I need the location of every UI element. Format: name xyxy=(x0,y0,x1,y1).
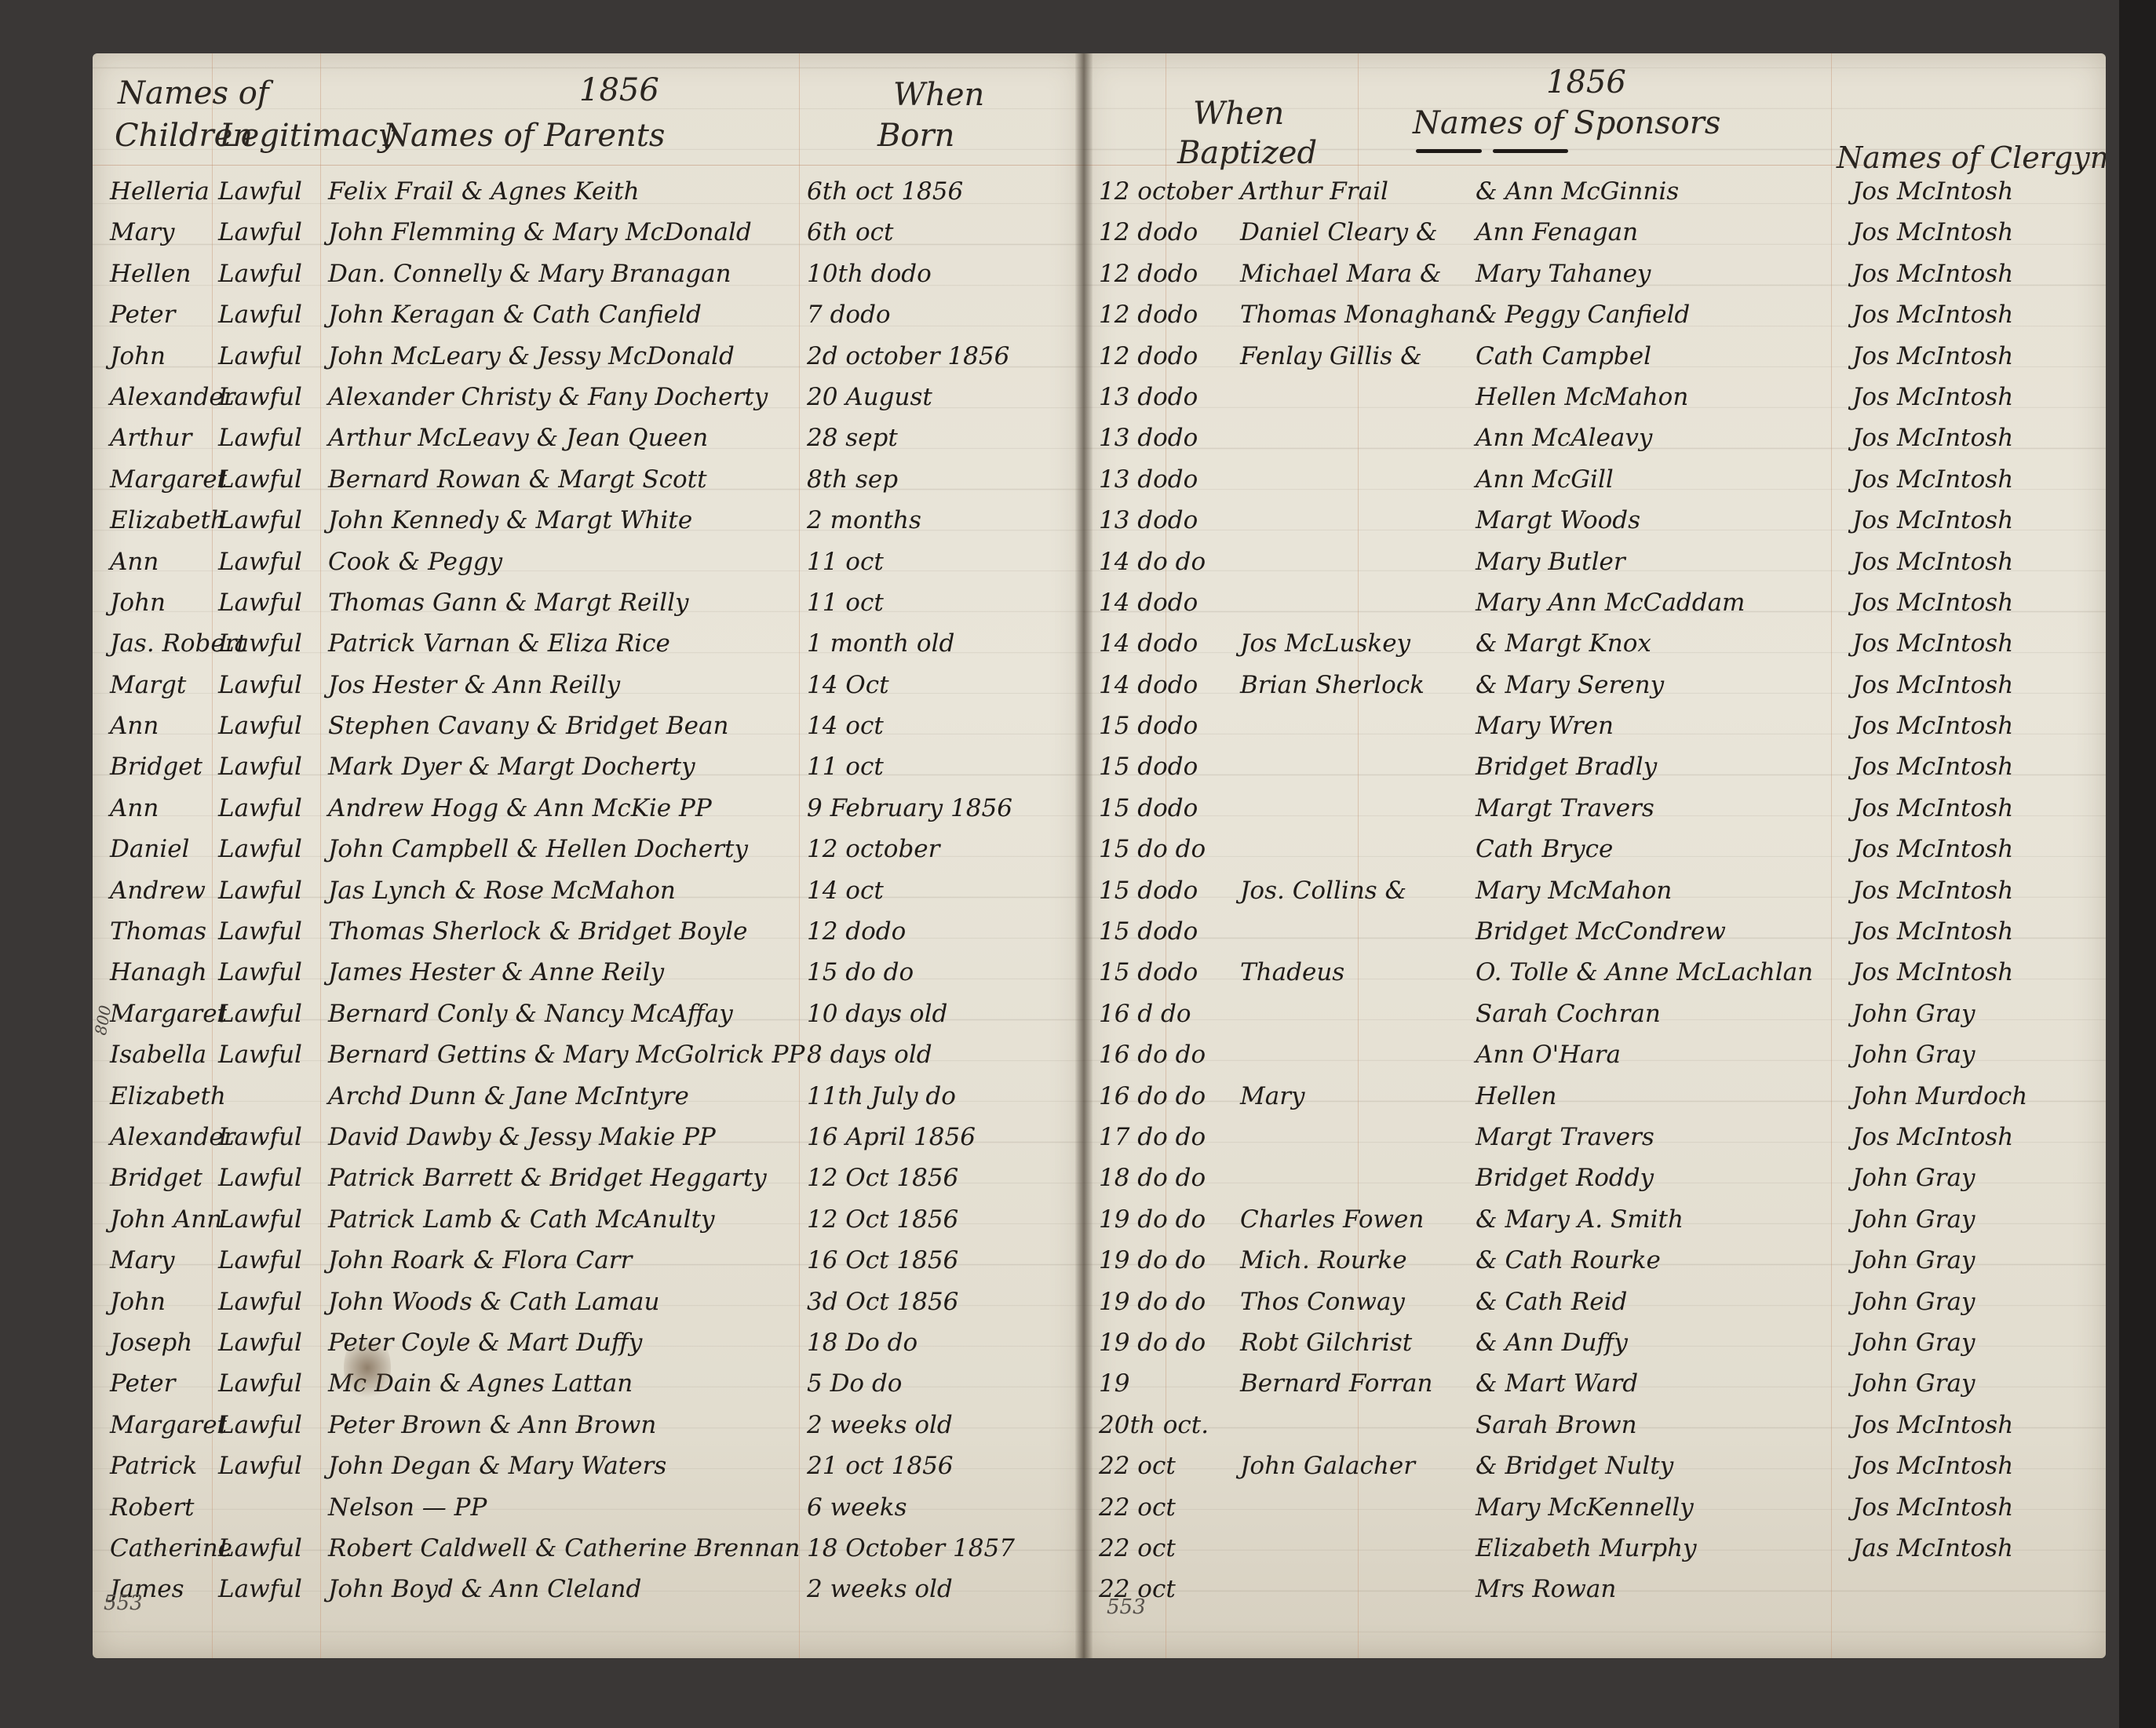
parents-names: Cook & Peggy xyxy=(328,546,502,578)
register-entry-right: 19 do doMich. Rourke& Cath RourkeJohn Gr… xyxy=(1083,1240,2106,1281)
clergyman-name: John Murdoch xyxy=(1852,1081,2027,1112)
legitimacy: Lawful xyxy=(218,422,302,454)
baptism-date: 16 d do xyxy=(1099,998,1191,1030)
sponsor-male: John Galacher xyxy=(1240,1450,1415,1482)
header-born-line1: When xyxy=(893,77,984,113)
clergyman-name: Jos McIntosh xyxy=(1852,217,2013,248)
left-page: Names of Children Legitimacy Names of Pa… xyxy=(93,53,1083,1658)
parents-names: Stephen Cavany & Bridget Bean xyxy=(328,710,728,742)
legitimacy: Lawful xyxy=(218,258,302,290)
register-entry-right: 15 dodoMargt TraversJos McIntosh xyxy=(1083,788,2106,829)
birth-date: 6th oct xyxy=(807,217,893,248)
parents-names: Patrick Lamb & Cath McAnulty xyxy=(328,1204,715,1235)
baptism-date: 13 dodo xyxy=(1099,505,1198,536)
sponsor-female: Mary McMahon xyxy=(1476,875,1672,906)
parents-names: Felix Frail & Agnes Keith xyxy=(328,176,640,207)
child-name: Elizabeth xyxy=(110,1081,226,1112)
child-name: John xyxy=(110,1286,166,1318)
clergyman-name: Jos McIntosh xyxy=(1852,1450,2013,1482)
child-name: Andrew xyxy=(110,875,206,906)
sponsor-male: Robt Gilchrist xyxy=(1240,1327,1412,1358)
sponsor-male: Thadeus xyxy=(1240,957,1344,988)
birth-date: 20 August xyxy=(807,381,932,413)
register-entry-right: 12 dodoMichael Mara &Mary TahaneyJos McI… xyxy=(1083,253,2106,294)
sponsor-female: Bridget McCondrew xyxy=(1476,916,1726,947)
parents-names: Patrick Barrett & Bridget Heggarty xyxy=(328,1162,767,1194)
register-entry-right: 15 dodoBridget McCondrewJos McIntosh xyxy=(1083,911,2106,952)
child-name: Ann xyxy=(110,793,159,824)
register-entry-left: PeterLawfulJohn Keragan & Cath Canfield7… xyxy=(93,294,1083,335)
birth-date: 11 oct xyxy=(807,546,884,578)
register-entry-right: 13 dodoHellen McMahonJos McIntosh xyxy=(1083,377,2106,417)
sponsor-male: Charles Fowen xyxy=(1240,1204,1424,1235)
parents-names: John Campbell & Hellen Docherty xyxy=(328,833,748,865)
sponsor-female: & Cath Rourke xyxy=(1476,1245,1661,1276)
legitimacy: Lawful xyxy=(218,793,302,824)
sponsor-male: Thomas Monaghan xyxy=(1240,299,1476,330)
child-name: Robert xyxy=(110,1492,194,1523)
legitimacy: Lawful xyxy=(218,669,302,701)
baptism-date: 15 do do xyxy=(1099,833,1206,865)
parents-names: John Degan & Mary Waters xyxy=(328,1450,666,1482)
register-book: Names of Children Legitimacy Names of Pa… xyxy=(93,53,2106,1658)
child-name: Alexander xyxy=(110,381,235,413)
register-entry-left: JohnLawfulThomas Gann & Margt Reilly11 o… xyxy=(93,582,1083,623)
register-entry-left: MaryLawfulJohn Roark & Flora Carr16 Oct … xyxy=(93,1240,1083,1281)
register-entry-left: HelleriaLawfulFelix Frail & Agnes Keith6… xyxy=(93,171,1083,212)
parents-names: David Dawby & Jessy Makie PP xyxy=(328,1121,716,1153)
register-entry-left: JosephLawfulPeter Coyle & Mart Duffy18 D… xyxy=(93,1322,1083,1363)
register-entry-left: MargtLawfulJos Hester & Ann Reilly14 Oct xyxy=(93,665,1083,705)
register-entry-left: IsabellaLawfulBernard Gettins & Mary McG… xyxy=(93,1034,1083,1075)
clergyman-name: Jos McIntosh xyxy=(1852,1409,2013,1441)
register-entry-right: 20th oct.Sarah BrownJos McIntosh xyxy=(1083,1405,2106,1445)
parents-names: James Hester & Anne Reily xyxy=(328,957,664,988)
birth-date: 18 Do do xyxy=(807,1327,917,1358)
legitimacy: Lawful xyxy=(218,833,302,865)
sponsor-female: Hellen xyxy=(1476,1081,1557,1112)
birth-date: 3d Oct 1856 xyxy=(807,1286,958,1318)
baptism-date: 15 dodo xyxy=(1099,957,1198,988)
legitimacy: Lawful xyxy=(218,1533,302,1564)
parents-names: Arthur McLeavy & Jean Queen xyxy=(328,422,708,454)
register-entry-right: 15 dodoBridget BradlyJos McIntosh xyxy=(1083,746,2106,787)
child-name: Hanagh xyxy=(110,957,207,988)
parents-names: John Keragan & Cath Canfield xyxy=(328,299,702,330)
legitimacy: Lawful xyxy=(218,1368,302,1399)
sponsor-female: Ann Fenagan xyxy=(1476,217,1638,248)
birth-date: 2 weeks old xyxy=(807,1409,953,1441)
register-entry-right: 12 dodoFenlay Gillis &Cath CampbelJos Mc… xyxy=(1083,336,2106,377)
child-name: Bridget xyxy=(110,1162,202,1194)
legitimacy: Lawful xyxy=(218,217,302,248)
clergyman-name: Jos McIntosh xyxy=(1852,793,2013,824)
legitimacy: Lawful xyxy=(218,505,302,536)
parents-names: John Boyd & Ann Cleland xyxy=(328,1573,641,1605)
baptism-date: 15 dodo xyxy=(1099,710,1198,742)
baptism-date: 12 october xyxy=(1099,176,1231,207)
ink-stain xyxy=(344,1332,391,1403)
baptism-date: 14 dodo xyxy=(1099,587,1198,618)
child-name: Thomas xyxy=(110,916,206,947)
register-entry-right: 12 dodoThomas Monaghan& Peggy CanfieldJo… xyxy=(1083,294,2106,335)
sponsor-female: Cath Bryce xyxy=(1476,833,1613,865)
register-entry-right: 15 dodoJos. Collins &Mary McMahonJos McI… xyxy=(1083,870,2106,911)
sponsor-female: & Mary Sereny xyxy=(1476,669,1664,701)
register-entry-left: AlexanderLawfulAlexander Christy & Fany … xyxy=(93,377,1083,417)
baptism-date: 13 dodo xyxy=(1099,381,1198,413)
sponsor-female: Mary McKennelly xyxy=(1476,1492,1694,1523)
parents-names: Patrick Varnan & Eliza Rice xyxy=(328,628,670,659)
register-entry-right: 13 dodoMargt WoodsJos McIntosh xyxy=(1083,500,2106,541)
register-entry-right: 18 do doBridget RoddyJohn Gray xyxy=(1083,1157,2106,1198)
legitimacy: Lawful xyxy=(218,1121,302,1153)
baptism-date: 14 dodo xyxy=(1099,628,1198,659)
register-entry-right: 15 dodoThadeusO. Tolle & Anne McLachlanJ… xyxy=(1083,952,2106,993)
register-entry-right: 19 do doRobt Gilchrist& Ann DuffyJohn Gr… xyxy=(1083,1322,2106,1363)
register-entry-left: CatherineLawfulRobert Caldwell & Catheri… xyxy=(93,1528,1083,1569)
header-baptized-line2: Baptized xyxy=(1177,135,1317,171)
clergyman-name: Jos McIntosh xyxy=(1852,381,2013,413)
child-name: Ann xyxy=(110,710,159,742)
child-name: Alexander xyxy=(110,1121,235,1153)
sponsor-female: Mary Wren xyxy=(1476,710,1614,742)
clergyman-name: Jos McIntosh xyxy=(1852,258,2013,290)
register-entry-left: ThomasLawfulThomas Sherlock & Bridget Bo… xyxy=(93,911,1083,952)
sponsor-female: Sarah Cochran xyxy=(1476,998,1661,1030)
legitimacy: Lawful xyxy=(218,710,302,742)
baptism-date: 19 do do xyxy=(1099,1245,1206,1276)
legitimacy: Lawful xyxy=(218,1286,302,1318)
register-entry-left: AndrewLawfulJas Lynch & Rose McMahon14 o… xyxy=(93,870,1083,911)
clergyman-name: Jas McIntosh xyxy=(1852,1533,2013,1564)
legitimacy: Lawful xyxy=(218,916,302,947)
sponsor-female: Ann O'Hara xyxy=(1476,1039,1621,1070)
header-born-line2: Born xyxy=(877,118,954,154)
child-name: Elizabeth xyxy=(110,505,226,536)
legitimacy: Lawful xyxy=(218,998,302,1030)
register-entry-right: 15 do doCath BryceJos McIntosh xyxy=(1083,829,2106,869)
child-name: Peter xyxy=(110,299,175,330)
legitimacy: Lawful xyxy=(218,1327,302,1358)
sponsor-female: & Mart Ward xyxy=(1476,1368,1638,1399)
legitimacy: Lawful xyxy=(218,1162,302,1194)
register-entry-left: JamesLawfulJohn Boyd & Ann Cleland2 week… xyxy=(93,1569,1083,1610)
sponsor-female: & Bridget Nulty xyxy=(1476,1450,1673,1482)
child-name: Hellen xyxy=(110,258,192,290)
child-name: Catherine xyxy=(110,1533,232,1564)
register-entry-right: 19 do doThos Conway& Cath ReidJohn Gray xyxy=(1083,1281,2106,1322)
left-entries: HelleriaLawfulFelix Frail & Agnes Keith6… xyxy=(93,171,1083,1610)
parents-names: Thomas Gann & Margt Reilly xyxy=(328,587,689,618)
birth-date: 28 sept xyxy=(807,422,898,454)
birth-date: 2 weeks old xyxy=(807,1573,953,1605)
child-name: Margaret xyxy=(110,1409,227,1441)
sponsor-female: Bridget Bradly xyxy=(1476,751,1657,782)
sponsor-male: Michael Mara & xyxy=(1240,258,1442,290)
clergyman-name: Jos McIntosh xyxy=(1852,751,2013,782)
header-child-name-line1: Names of xyxy=(118,75,269,111)
baptism-date: 12 dodo xyxy=(1099,341,1198,372)
birth-date: 15 do do xyxy=(807,957,914,988)
clergyman-name: Jos McIntosh xyxy=(1852,875,2013,906)
register-entry-left: MargaretLawfulBernard Rowan & Margt Scot… xyxy=(93,459,1083,500)
birth-date: 8 days old xyxy=(807,1039,932,1070)
child-name: Peter xyxy=(110,1368,175,1399)
child-name: Daniel xyxy=(110,833,189,865)
register-entry-right: 13 dodoAnn McAleavyJos McIntosh xyxy=(1083,417,2106,458)
header-legitimacy: Legitimacy xyxy=(220,118,396,154)
sponsor-male: Jos McLuskey xyxy=(1240,628,1410,659)
birth-date: 16 Oct 1856 xyxy=(807,1245,958,1276)
sponsor-female: Sarah Brown xyxy=(1476,1409,1637,1441)
header-baptized-line1: When xyxy=(1193,96,1284,132)
baptism-date: 16 do do xyxy=(1099,1081,1206,1112)
birth-date: 14 oct xyxy=(807,875,884,906)
birth-date: 12 dodo xyxy=(807,916,906,947)
register-entry-left: JohnLawfulJohn McLeary & Jessy McDonald2… xyxy=(93,336,1083,377)
birth-date: 21 oct 1856 xyxy=(807,1450,954,1482)
sponsor-male: Daniel Cleary & xyxy=(1240,217,1438,248)
sponsor-female: Elizabeth Murphy xyxy=(1476,1533,1697,1564)
parents-names: Thomas Sherlock & Bridget Boyle xyxy=(328,916,747,947)
child-name: Arthur xyxy=(110,422,192,454)
register-entry-left: HanaghLawfulJames Hester & Anne Reily15 … xyxy=(93,952,1083,993)
sponsor-male: Arthur Frail xyxy=(1240,176,1388,207)
sponsor-female: Mary Ann McCaddam xyxy=(1476,587,1745,618)
register-entry-right: 12 octoberArthur Frail& Ann McGinnisJos … xyxy=(1083,171,2106,212)
right-page: When Baptized 1856 Names of Sponsors Nam… xyxy=(1083,53,2106,1658)
register-entry-right: 13 dodoAnn McGillJos McIntosh xyxy=(1083,459,2106,500)
sponsor-male: Bernard Forran xyxy=(1240,1368,1432,1399)
register-entry-left: DanielLawfulJohn Campbell & Hellen Doche… xyxy=(93,829,1083,869)
register-entry-left: MargaretLawfulPeter Brown & Ann Brown2 w… xyxy=(93,1405,1083,1445)
parents-names: Andrew Hogg & Ann McKie PP xyxy=(328,793,712,824)
child-name: John xyxy=(110,587,166,618)
parents-names: Robert Caldwell & Catherine Brennan xyxy=(328,1533,801,1564)
clergyman-name: John Gray xyxy=(1852,1245,1975,1276)
birth-date: 6th oct 1856 xyxy=(807,176,963,207)
sponsor-female: O. Tolle & Anne McLachlan xyxy=(1476,957,1813,988)
register-entry-left: AnnLawfulStephen Cavany & Bridget Bean14… xyxy=(93,705,1083,746)
baptism-date: 16 do do xyxy=(1099,1039,1206,1070)
register-entry-right: 22 octJohn Galacher& Bridget NultyJos Mc… xyxy=(1083,1445,2106,1486)
register-entry-left: MaryLawfulJohn Flemming & Mary McDonald6… xyxy=(93,212,1083,253)
clergyman-name: Jos McIntosh xyxy=(1852,464,2013,495)
sponsor-female: Mrs Rowan xyxy=(1476,1573,1616,1605)
baptism-date: 15 dodo xyxy=(1099,875,1198,906)
year-heading-right: 1856 xyxy=(1546,64,1626,100)
clergyman-name: John Gray xyxy=(1852,998,1975,1030)
sponsor-female: & Mary A. Smith xyxy=(1476,1204,1684,1235)
birth-date: 14 Oct xyxy=(807,669,889,701)
baptism-date: 17 do do xyxy=(1099,1121,1206,1153)
clergyman-name: Jos McIntosh xyxy=(1852,628,2013,659)
clergyman-name: John Gray xyxy=(1852,1286,1975,1318)
baptism-date: 19 xyxy=(1099,1368,1129,1399)
parents-names: Alexander Christy & Fany Docherty xyxy=(328,381,768,413)
register-entry-right: 22 octMrs Rowan xyxy=(1083,1569,2106,1610)
legitimacy: Lawful xyxy=(218,751,302,782)
legitimacy: Lawful xyxy=(218,1409,302,1441)
child-name: John xyxy=(110,341,166,372)
sponsor-male: Mary xyxy=(1240,1081,1305,1112)
birth-date: 11 oct xyxy=(807,751,884,782)
child-name: Helleria xyxy=(110,176,210,207)
legitimacy: Lawful xyxy=(218,875,302,906)
child-name: Margt xyxy=(110,669,186,701)
header-underline xyxy=(1493,149,1568,153)
birth-date: 14 oct xyxy=(807,710,884,742)
clergyman-name: Jos McIntosh xyxy=(1852,833,2013,865)
legitimacy: Lawful xyxy=(218,1204,302,1235)
legitimacy: Lawful xyxy=(218,299,302,330)
birth-date: 10th dodo xyxy=(807,258,932,290)
child-name: Mary xyxy=(110,1245,175,1276)
register-entry-right: 14 dodoMary Ann McCaddamJos McIntosh xyxy=(1083,582,2106,623)
birth-date: 18 October 1857 xyxy=(807,1533,1015,1564)
register-entry-right: 16 do doMaryHellenJohn Murdoch xyxy=(1083,1076,2106,1117)
birth-date: 2d october 1856 xyxy=(807,341,1009,372)
sponsor-female: Margt Travers xyxy=(1476,793,1654,824)
parents-names: Mark Dyer & Margt Docherty xyxy=(328,751,695,782)
parents-names: Bernard Gettins & Mary McGolrick PP xyxy=(328,1039,804,1070)
parents-names: Bernard Rowan & Margt Scott xyxy=(328,464,707,495)
scanner-background-edge xyxy=(2119,0,2156,1728)
parents-names: John Woods & Cath Lamau xyxy=(328,1286,659,1318)
baptism-date: 13 dodo xyxy=(1099,422,1198,454)
register-entry-left: HellenLawfulDan. Connelly & Mary Branaga… xyxy=(93,253,1083,294)
register-entry-right: 14 do doMary ButlerJos McIntosh xyxy=(1083,541,2106,582)
header-sponsors: Names of Sponsors xyxy=(1413,105,1720,141)
register-entry-right: 16 d doSarah CochranJohn Gray xyxy=(1083,993,2106,1034)
baptism-date: 19 do do xyxy=(1099,1204,1206,1235)
parents-names: Dan. Connelly & Mary Branagan xyxy=(328,258,731,290)
birth-date: 11 oct xyxy=(807,587,884,618)
sponsor-male: Mich. Rourke xyxy=(1240,1245,1407,1276)
parents-names: Jas Lynch & Rose McMahon xyxy=(328,875,676,906)
clergyman-name: Jos McIntosh xyxy=(1852,546,2013,578)
child-name: Joseph xyxy=(110,1327,192,1358)
sponsor-male: Fenlay Gillis & xyxy=(1240,341,1422,372)
legitimacy: Lawful xyxy=(218,176,302,207)
baptism-date: 14 do do xyxy=(1099,546,1206,578)
baptism-date: 22 oct xyxy=(1099,1450,1176,1482)
legitimacy: Lawful xyxy=(218,381,302,413)
birth-date: 12 october xyxy=(807,833,939,865)
clergyman-name: Jos McIntosh xyxy=(1852,299,2013,330)
register-entry-right: 22 octMary McKennellyJos McIntosh xyxy=(1083,1487,2106,1528)
child-name: Margaret xyxy=(110,998,227,1030)
legitimacy: Lawful xyxy=(218,1450,302,1482)
parents-names: John Roark & Flora Carr xyxy=(328,1245,632,1276)
clergyman-name: John Gray xyxy=(1852,1039,1975,1070)
header-rule xyxy=(93,165,1083,166)
register-entry-left: AnnLawfulAndrew Hogg & Ann McKie PP9 Feb… xyxy=(93,788,1083,829)
clergyman-name: Jos McIntosh xyxy=(1852,1121,2013,1153)
legitimacy: Lawful xyxy=(218,587,302,618)
baptism-date: 15 dodo xyxy=(1099,751,1198,782)
clergyman-name: Jos McIntosh xyxy=(1852,710,2013,742)
parents-names: Bernard Conly & Nancy McAffay xyxy=(328,998,733,1030)
clergyman-name: Jos McIntosh xyxy=(1852,669,2013,701)
legitimacy: Lawful xyxy=(218,464,302,495)
header-underline xyxy=(1416,149,1482,153)
baptism-date: 15 dodo xyxy=(1099,793,1198,824)
sponsor-female: Ann McGill xyxy=(1476,464,1614,495)
baptism-date: 15 dodo xyxy=(1099,916,1198,947)
register-entry-right: 15 dodoMary WrenJos McIntosh xyxy=(1083,705,2106,746)
baptism-date: 13 dodo xyxy=(1099,464,1198,495)
baptism-date: 20th oct. xyxy=(1099,1409,1209,1441)
page-number-left: 553 xyxy=(104,1591,143,1615)
register-entry-left: JohnLawfulJohn Woods & Cath Lamau3d Oct … xyxy=(93,1281,1083,1322)
register-entry-left: John AnnLawfulPatrick Lamb & Cath McAnul… xyxy=(93,1199,1083,1240)
sponsor-female: Mary Butler xyxy=(1476,546,1625,578)
parents-names: Nelson — PP xyxy=(328,1492,487,1523)
sponsor-male: Jos. Collins & xyxy=(1240,875,1406,906)
child-name: Patrick xyxy=(110,1450,197,1482)
register-entry-left: AlexanderLawfulDavid Dawby & Jessy Makie… xyxy=(93,1117,1083,1157)
sponsor-male: Thos Conway xyxy=(1240,1286,1405,1318)
header-parents: Names of Parents xyxy=(383,118,665,154)
sponsor-female: & Ann McGinnis xyxy=(1476,176,1679,207)
register-entry-right: 17 do doMargt TraversJos McIntosh xyxy=(1083,1117,2106,1157)
sponsor-female: & Peggy Canfield xyxy=(1476,299,1690,330)
birth-date: 10 days old xyxy=(807,998,947,1030)
register-entry-left: MargaretLawfulBernard Conly & Nancy McAf… xyxy=(93,993,1083,1034)
clergyman-name: Jos McIntosh xyxy=(1852,1492,2013,1523)
register-entry-left: ArthurLawfulArthur McLeavy & Jean Queen2… xyxy=(93,417,1083,458)
clergyman-name: Jos McIntosh xyxy=(1852,587,2013,618)
sponsor-female: Margt Woods xyxy=(1476,505,1640,536)
baptism-date: 18 do do xyxy=(1099,1162,1206,1194)
register-entry-right: 14 dodoJos McLuskey& Margt KnoxJos McInt… xyxy=(1083,623,2106,664)
legitimacy: Lawful xyxy=(218,341,302,372)
register-entry-right: 22 octElizabeth MurphyJas McIntosh xyxy=(1083,1528,2106,1569)
book-gutter xyxy=(1075,53,1093,1658)
birth-date: 9 February 1856 xyxy=(807,793,1012,824)
legitimacy: Lawful xyxy=(218,1573,302,1605)
clergyman-name: John Gray xyxy=(1852,1162,1975,1194)
parents-names: John McLeary & Jessy McDonald xyxy=(328,341,735,372)
legitimacy: Lawful xyxy=(218,1245,302,1276)
register-entry-left: ElizabethArchd Dunn & Jane McIntyre11th … xyxy=(93,1076,1083,1117)
register-entry-left: AnnLawfulCook & Peggy11 oct xyxy=(93,541,1083,582)
clergyman-name: Jos McIntosh xyxy=(1852,916,2013,947)
right-entries: 12 octoberArthur Frail& Ann McGinnisJos … xyxy=(1083,171,2106,1610)
sponsor-male: Brian Sherlock xyxy=(1240,669,1425,701)
birth-date: 12 Oct 1856 xyxy=(807,1162,958,1194)
register-entry-left: Jas. RobertLawfulPatrick Varnan & Eliza … xyxy=(93,623,1083,664)
legitimacy: Lawful xyxy=(218,628,302,659)
child-name: Bridget xyxy=(110,751,202,782)
year-heading-left: 1856 xyxy=(579,72,659,108)
baptism-date: 22 oct xyxy=(1099,1492,1176,1523)
register-entry-left: ElizabethLawfulJohn Kennedy & Margt Whit… xyxy=(93,500,1083,541)
register-entry-left: PatrickLawfulJohn Degan & Mary Waters21 … xyxy=(93,1445,1083,1486)
register-entry-left: PeterLawfulMc Dain & Agnes Lattan5 Do do xyxy=(93,1363,1083,1404)
parents-names: John Kennedy & Margt White xyxy=(328,505,692,536)
baptism-date: 14 dodo xyxy=(1099,669,1198,701)
legitimacy: Lawful xyxy=(218,546,302,578)
birth-date: 2 months xyxy=(807,505,921,536)
baptism-date: 19 do do xyxy=(1099,1327,1206,1358)
birth-date: 16 April 1856 xyxy=(807,1121,976,1153)
legitimacy: Lawful xyxy=(218,957,302,988)
clergyman-name: Jos McIntosh xyxy=(1852,957,2013,988)
clergyman-name: John Gray xyxy=(1852,1368,1975,1399)
